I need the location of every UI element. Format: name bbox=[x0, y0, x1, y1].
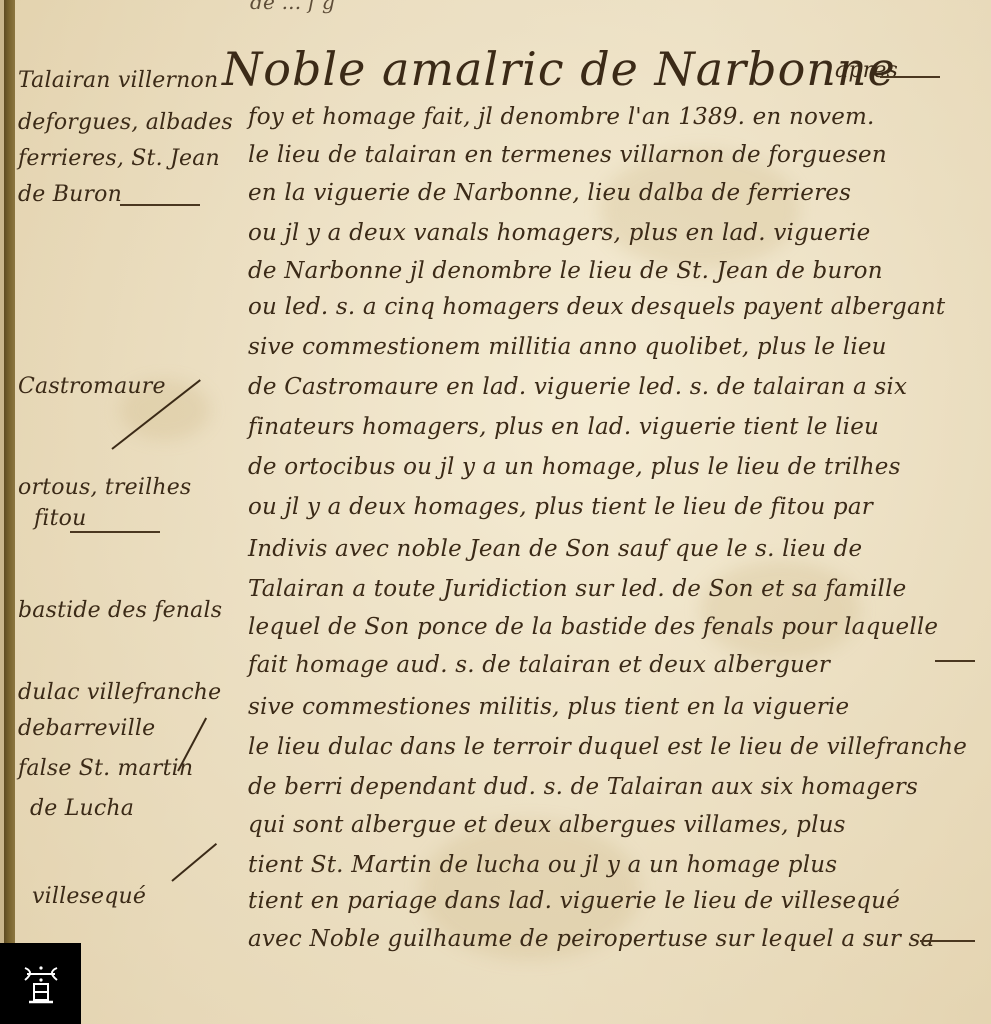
body-line: Indivis avec noble Jean de Son sauf que … bbox=[248, 536, 862, 562]
body-line: sive commestionem millitia anno quolibet… bbox=[248, 334, 887, 360]
body-line: tient en pariage dans lad. viguerie le l… bbox=[248, 888, 900, 914]
line-filler-rule bbox=[880, 76, 940, 78]
margin-slash-mark bbox=[171, 843, 217, 882]
body-line: le lieu de talairan en termenes villarno… bbox=[248, 142, 887, 168]
body-line: en la viguerie de Narbonne, lieu dalba d… bbox=[248, 180, 851, 206]
margin-note: debarreville bbox=[18, 716, 155, 741]
margin-note: de Buron bbox=[18, 182, 122, 207]
margin-rule bbox=[120, 204, 200, 206]
margin-rule bbox=[70, 531, 160, 533]
margin-note: Castromaure bbox=[18, 374, 166, 399]
top-line-fragment: de ... f g bbox=[250, 0, 335, 14]
margin-note: Talairan villernon bbox=[18, 68, 218, 93]
margin-note: false St. martin bbox=[18, 756, 193, 781]
margin-note: de Lucha bbox=[30, 796, 134, 821]
body-line: tient St. Martin de lucha ou jl y a un h… bbox=[248, 852, 837, 878]
body-line: qui sont albergue et deux albergues vill… bbox=[248, 812, 846, 838]
body-line: de ortocibus ou jl y a un homage, plus l… bbox=[248, 454, 901, 480]
margin-note: ferrieres, St. Jean bbox=[18, 146, 220, 171]
body-line: Talairan a toute Juridiction sur led. de… bbox=[248, 576, 906, 602]
body-line: ou led. s. a cinq homagers deux desquels… bbox=[248, 294, 945, 320]
body-line: de berri dependant dud. s. de Talairan a… bbox=[248, 774, 918, 800]
body-line: de Castromaure en lad. viguerie led. s. … bbox=[248, 374, 907, 400]
body-line: lequel de Son ponce de la bastide des fe… bbox=[248, 614, 938, 640]
body-line: ou jl y a deux homages, plus tient le li… bbox=[248, 494, 873, 520]
book-spine-shadow bbox=[4, 0, 15, 1024]
body-line: fait homage aud. s. de talairan et deux … bbox=[248, 652, 830, 678]
body-line: avec Noble guilhaume de peiropertuse sur… bbox=[248, 926, 934, 952]
body-line: le lieu dulac dans le terroir duquel est… bbox=[248, 734, 967, 760]
paper-stain bbox=[600, 150, 800, 270]
margin-note: villesequé bbox=[32, 884, 146, 909]
margin-note: fitou bbox=[34, 506, 86, 531]
body-line: sive commestiones militis, plus tient en… bbox=[248, 694, 849, 720]
document-heading: Noble amalric de Narbonne bbox=[222, 42, 896, 96]
body-line: foy et homage fait, jl denombre l'an 138… bbox=[248, 104, 875, 130]
margin-note: dulac villefranche bbox=[18, 680, 221, 705]
margin-note: bastide des fenals bbox=[18, 598, 222, 623]
line-filler-rule bbox=[920, 940, 975, 942]
heading-continuation: apres bbox=[835, 58, 898, 83]
body-line: ou jl y a deux vanals homagers, plus en … bbox=[248, 220, 870, 246]
margin-note: deforgues, albades bbox=[18, 110, 233, 135]
archive-logo-badge bbox=[0, 943, 81, 1024]
archive-tower-logo-icon bbox=[21, 962, 61, 1006]
body-line: de Narbonne jl denombre le lieu de St. J… bbox=[248, 258, 883, 284]
paper-stain bbox=[700, 560, 860, 660]
manuscript-page: de ... f g Noble amalric de Narbonne apr… bbox=[0, 0, 991, 1024]
body-line: finateurs homagers, plus en lad. vigueri… bbox=[248, 414, 879, 440]
margin-note: ortous, treilhes bbox=[18, 475, 191, 500]
line-filler-rule bbox=[935, 660, 975, 662]
